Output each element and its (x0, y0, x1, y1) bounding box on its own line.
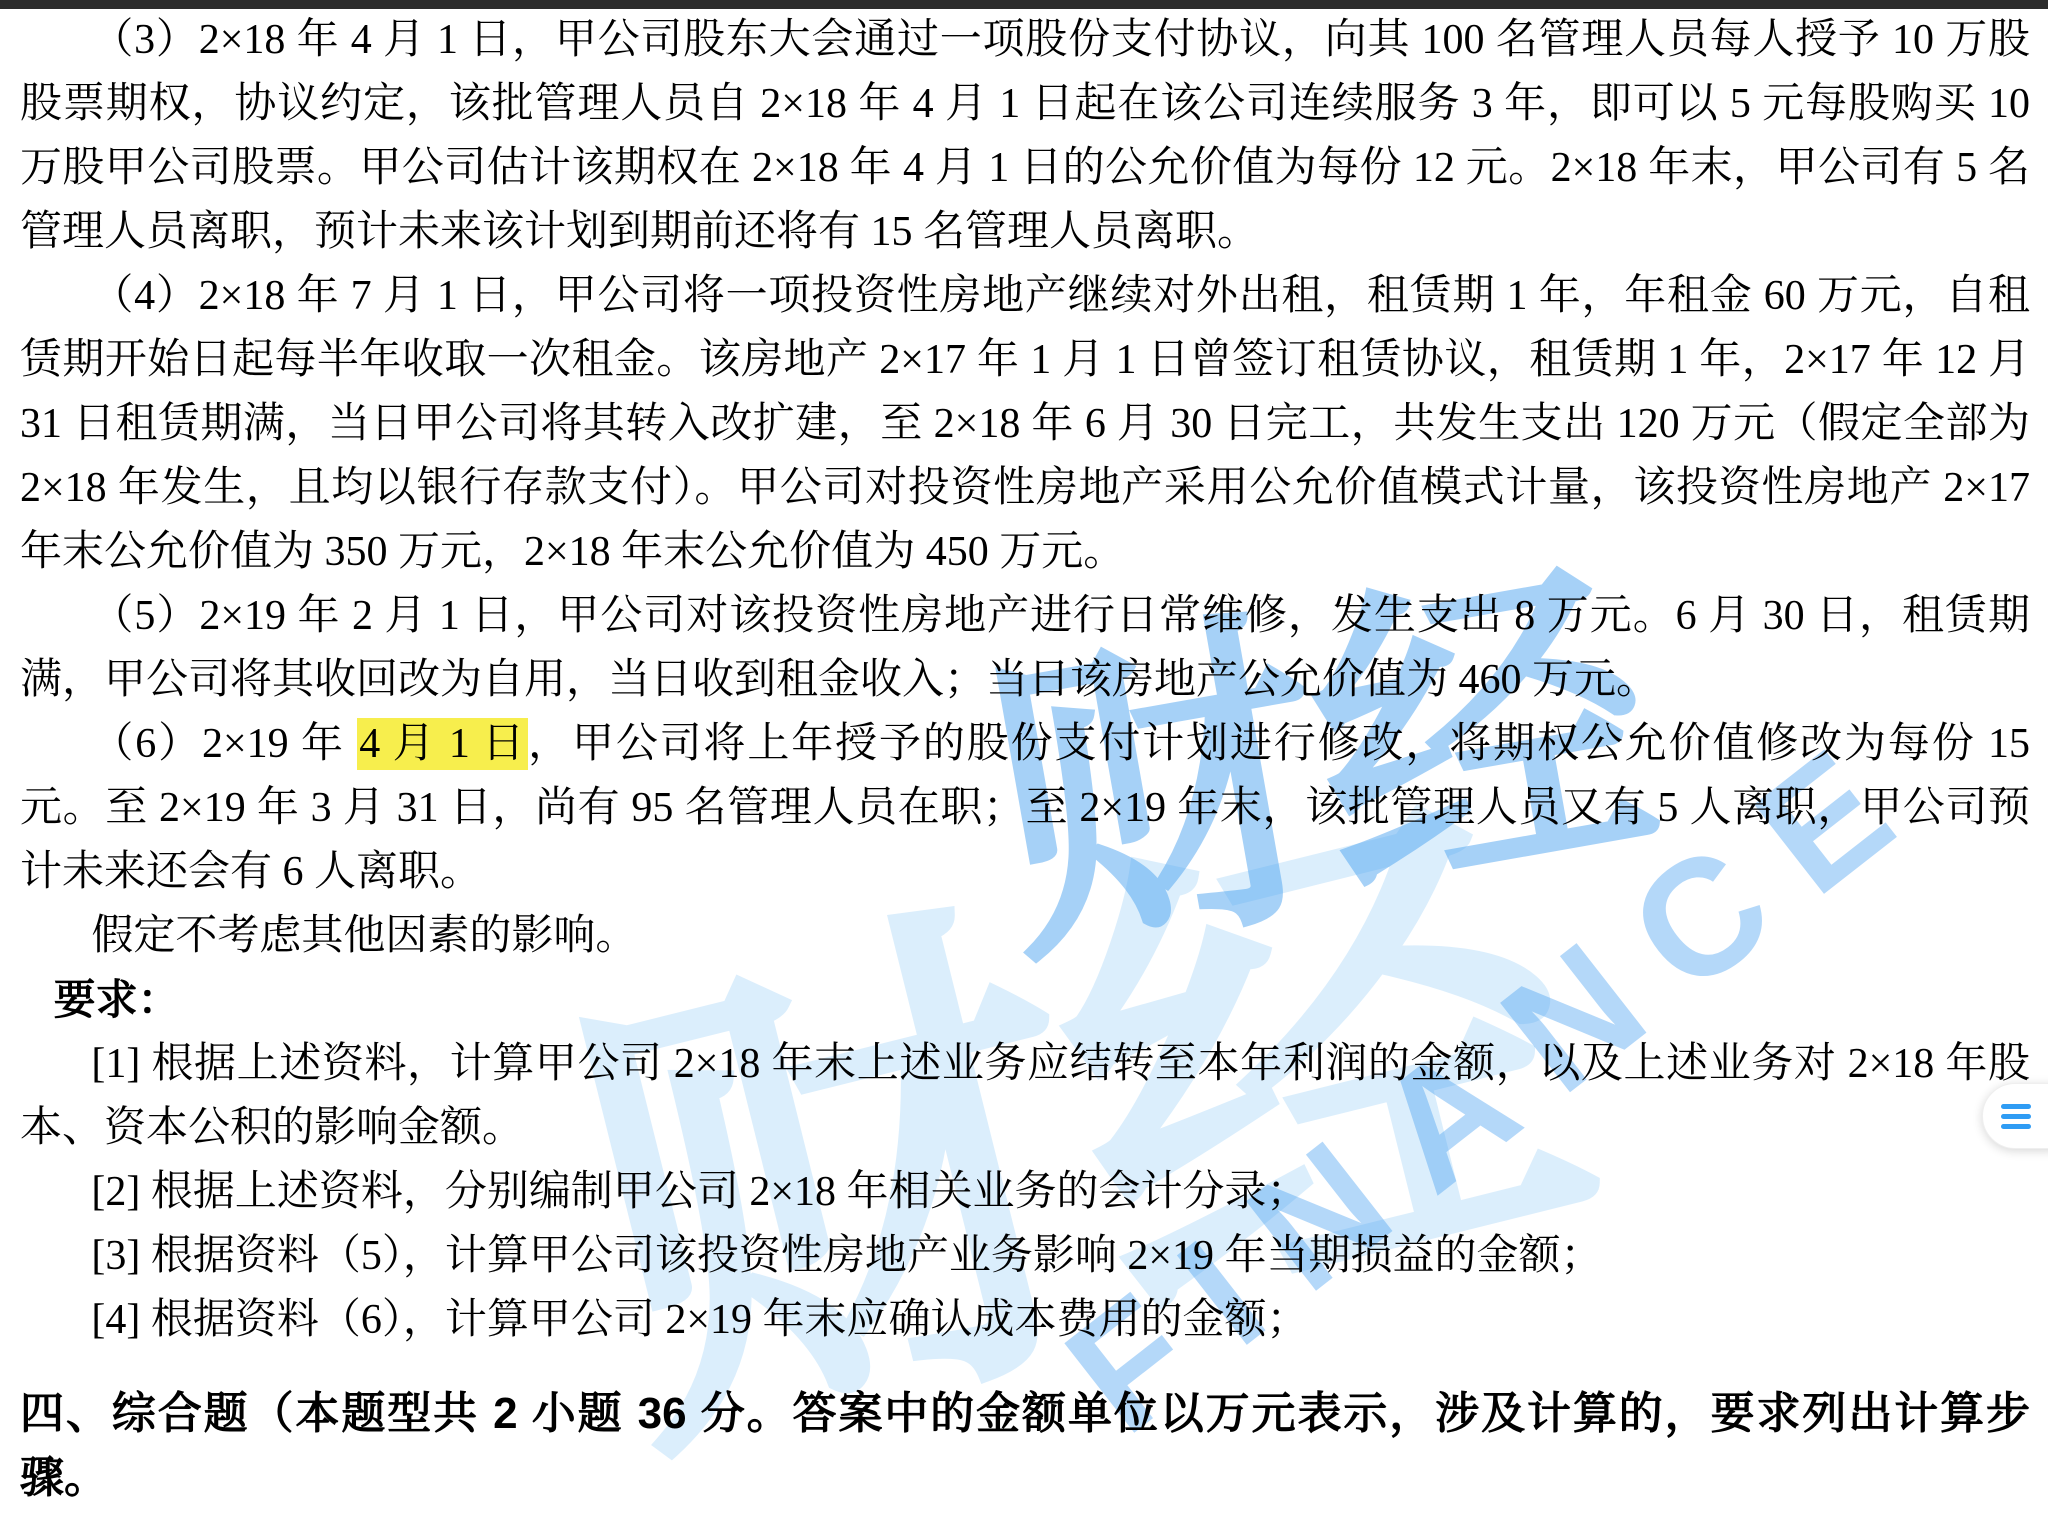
item6-text-before: （6）2×19 年 (91, 721, 357, 767)
requirement-1: [1] 根据上述资料，计算甲公司 2×18 年末上述业务应结转至本年利润的金额，… (20, 1032, 2030, 1160)
requirements-heading: 要求： (20, 968, 2030, 1032)
highlighted-date: 4 月 1 日 (357, 718, 528, 770)
requirement-3: [3] 根据资料（5），计算甲公司该投资性房地产业务影响 2×19 年当期损益的… (20, 1224, 2030, 1288)
paragraph-item-5: （5）2×19 年 2 月 1 日，甲公司对该投资性房地产进行日常维修，发生支出… (20, 584, 2030, 712)
paragraph-item-4: （4）2×18 年 7 月 1 日，甲公司将一项投资性房地产继续对外出租，租赁期… (20, 264, 2030, 584)
section-4-heading: 四、综合题（本题型共 2 小题 36 分。答案中的金额单位以万元表示，涉及计算的… (20, 1382, 2030, 1510)
top-edge-bar (0, 0, 2048, 9)
paragraph-assumption: 假定不考虑其他因素的影响。 (20, 904, 2030, 968)
paragraph-item-3: （3）2×18 年 4 月 1 日，甲公司股东大会通过一项股份支付协议，向其 1… (20, 8, 2030, 264)
document-body: （3）2×18 年 4 月 1 日，甲公司股东大会通过一项股份支付协议，向其 1… (0, 0, 2048, 1510)
hamburger-icon (2001, 1114, 2031, 1119)
paragraph-item-6: （6）2×19 年 4 月 1 日，甲公司将上年授予的股份支付计划进行修改，将期… (20, 712, 2030, 904)
requirement-4: [4] 根据资料（6），计算甲公司 2×19 年末应确认成本费用的金额； (20, 1288, 2030, 1352)
menu-button[interactable] (1982, 1083, 2048, 1149)
requirement-2: [2] 根据上述资料，分别编制甲公司 2×18 年相关业务的会计分录； (20, 1160, 2030, 1224)
